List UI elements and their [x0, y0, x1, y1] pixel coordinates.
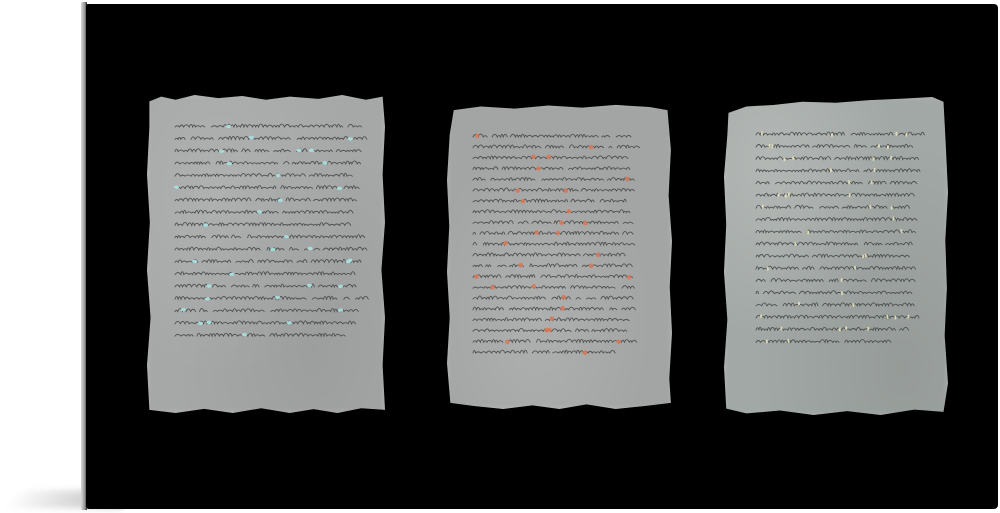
paper-sheet-left	[147, 95, 385, 413]
paper-sheet-center	[447, 104, 672, 409]
paper-sheet-right	[724, 97, 948, 415]
asemic-script-center	[447, 104, 672, 409]
asemic-script-right	[724, 97, 948, 415]
asemic-script-left	[147, 95, 385, 413]
